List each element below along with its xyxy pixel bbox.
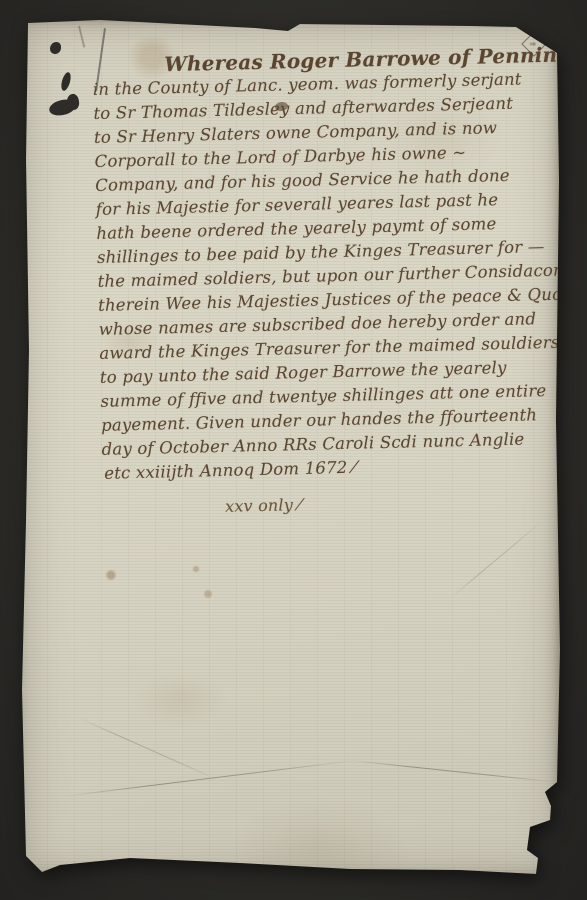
paper-crease <box>62 759 360 797</box>
photo-background: Whereas Roger Barrowe of Pennington — in… <box>0 0 587 900</box>
tear-hole <box>48 97 78 118</box>
paper-crease <box>350 760 559 783</box>
paper-crease <box>80 718 217 780</box>
manuscript-text-block: Whereas Roger Barrowe of Pennington — in… <box>92 42 581 522</box>
marginal-annotation: xxv only ⁄ <box>103 486 581 522</box>
paper-crack <box>78 26 85 48</box>
manuscript-paper-wrap: Whereas Roger Barrowe of Pennington — in… <box>0 0 587 900</box>
tear-hole <box>50 42 61 54</box>
tear-hole <box>60 71 73 91</box>
tear-hole <box>66 93 81 111</box>
paper-crease <box>450 521 543 599</box>
manuscript-paper: Whereas Roger Barrowe of Pennington — in… <box>20 18 562 880</box>
